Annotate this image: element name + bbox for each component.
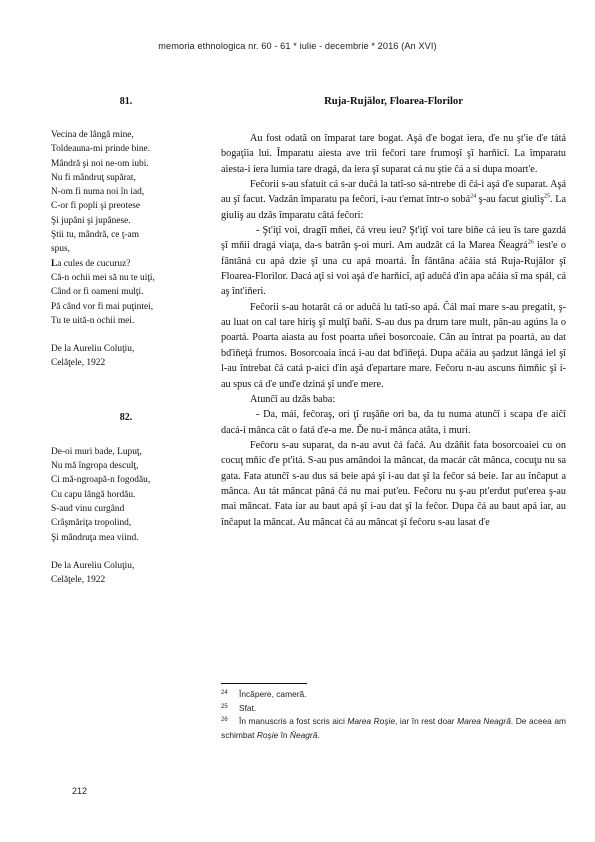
page-number: 212 [72, 786, 87, 796]
poem-verses: De-oi muri bade, Lupuţ, Nu mă îngropa de… [51, 445, 211, 545]
left-column: 81. Vecina de lângă mine, Toldeauna-mi p… [51, 96, 211, 587]
story-title: Ruja-Rujălor, Floarea-Florilor [221, 96, 566, 107]
paragraph: Feĉorii s-au hotarât cá or aduĉá lu tatî… [221, 300, 566, 392]
story-body: Au fost odată on împarat tare bogat. Aşá… [221, 131, 566, 530]
verse-line: C-or fi popli şi preotese [51, 199, 211, 213]
source-line: De la Aureliu Coluţiu, [51, 559, 211, 573]
verse-line: Toldeauna-mi prinde bine. [51, 142, 211, 156]
paragraph: Au fost odată on împarat tare bogat. Aşá… [221, 131, 566, 177]
verse-line: Tu te uită-n ochii mei. [51, 314, 211, 328]
verse-line: De-oi muri bade, Lupuţ, [51, 445, 211, 459]
verse-line: La cules de cucuruz? [51, 257, 211, 271]
running-header: memoria ethnologica nr. 60 - 61 * iulie … [0, 41, 595, 51]
verse-line: Când or fi oameni mulţi. [51, 285, 211, 299]
footnote-separator [221, 683, 307, 684]
poem-source: De la Aureliu Coluţiu, Celăţele, 1922 [51, 559, 211, 588]
paragraph: Feĉorii s-au sfatuit cá s-ar duĉá la tat… [221, 177, 566, 223]
verse-line: Nu mă îngropa desculţ, [51, 459, 211, 473]
source-line: De la Aureliu Coluţiu, [51, 342, 211, 356]
footnote-mark: 25 [221, 702, 239, 712]
dialog-paragraph: - Şt'iţî voi, dragîî mňei, ĉá vreu ieu? … [221, 223, 566, 300]
verse-line: Ştii tu, mândră, ce ţ-am [51, 228, 211, 242]
verse-line: S-aud vinu curgând [51, 502, 211, 516]
verse-line: Şi jupâni şi jupânese. [51, 214, 211, 228]
footnote-mark: 24 [221, 688, 239, 698]
footnote-mark: 26 [221, 715, 239, 725]
footnotes: 24Încăpere, cameră. 25Sfat. 26În manuscr… [221, 688, 566, 742]
verse-line: N-om fi numa noi în iad, [51, 185, 211, 199]
verse-line: Că-n ochii mei să nu te uiţi, [51, 271, 211, 285]
poem-number: 81. [51, 96, 201, 107]
poem-verses: Vecina de lângă mine, Toldeauna-mi prind… [51, 128, 211, 328]
poem-number: 82. [51, 412, 201, 423]
footnote: 26În manuscris a fost scris aici Marea R… [221, 715, 566, 742]
source-line: Celăţele, 1922 [51, 356, 211, 370]
verse-line: Nu fi mândruţ supărat, [51, 171, 211, 185]
paragraph: Feĉoru s-au suparat, da n-au avut ĉá faĉ… [221, 438, 566, 530]
verse-line: Pă când vor fi mai puţintei, [51, 300, 211, 314]
paragraph: Atunĉî au dzâs baba: [221, 392, 566, 407]
main-column: Ruja-Rujălor, Floarea-Florilor Au fost o… [221, 96, 566, 530]
footnote: 24Încăpere, cameră. [221, 688, 566, 702]
footnote: 25Sfat. [221, 702, 566, 716]
verse-line: Şi mândruţa mea viind. [51, 531, 211, 545]
verse-line: spus, [51, 242, 211, 256]
poem-82: 82. De-oi muri bade, Lupuţ, Nu mă îngrop… [51, 412, 211, 588]
poem-source: De la Aureliu Coluţiu, Celăţele, 1922 [51, 342, 211, 371]
verse-line: Crâşmăriţa tropolind, [51, 516, 211, 530]
verse-line: Vecina de lângă mine, [51, 128, 211, 142]
poem-81: 81. Vecina de lângă mine, Toldeauna-mi p… [51, 96, 211, 371]
verse-line: Ci mă-ngroapă-n fogodău, [51, 473, 211, 487]
source-line: Celăţele, 1922 [51, 573, 211, 587]
dialog-paragraph: - Da, mái, feĉoraş, ori ţî ruşâňe ori ba… [221, 407, 566, 438]
verse-line: Mândră şi noi ne-om iubi. [51, 157, 211, 171]
verse-line: Cu capu lângă hordău. [51, 488, 211, 502]
